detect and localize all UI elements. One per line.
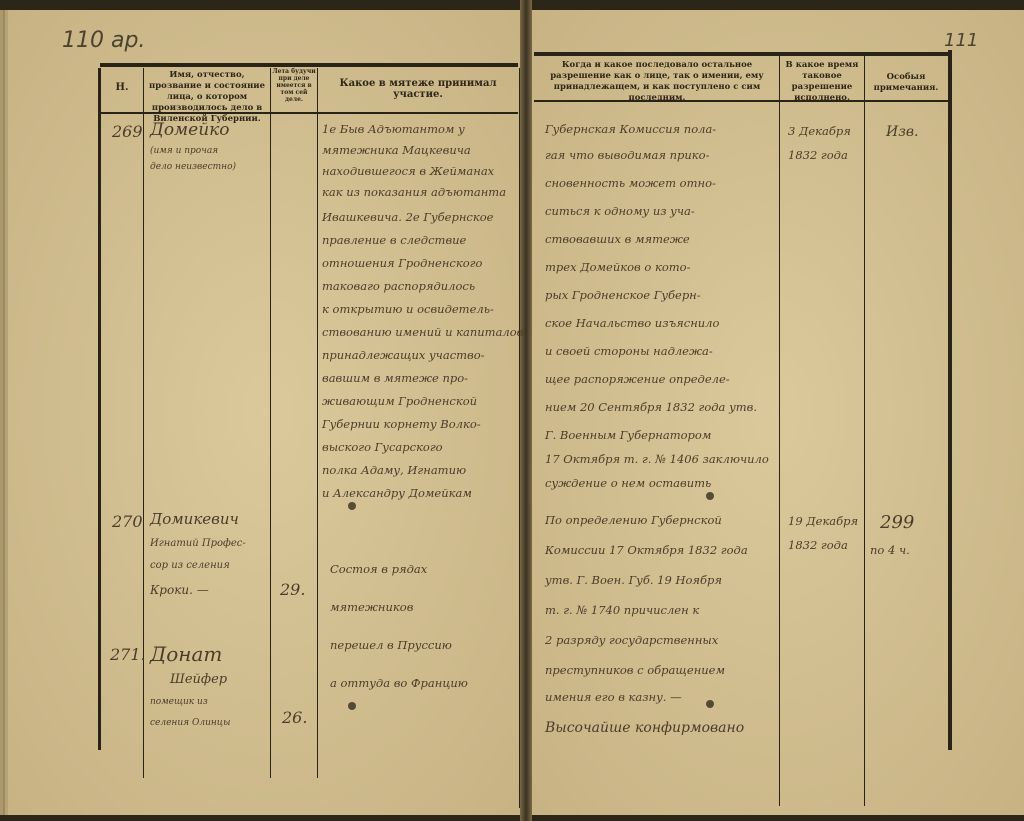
header-resolution: Когда и какое последовало остальное разр…	[536, 60, 778, 104]
resolution-line: щее распоряжение определе-	[545, 372, 730, 386]
table-top-rule-right	[534, 52, 950, 56]
header-years: Лета будучи при деле имеется в том сей д…	[272, 68, 316, 103]
table-right-border	[948, 50, 952, 750]
resolution-line: и своей стороны надлежа-	[545, 344, 713, 358]
book-gutter	[520, 0, 532, 821]
resolution-line: 17 Октября т. г. № 1406 заключило	[545, 452, 769, 466]
entry-number: 271.	[110, 645, 146, 664]
resolution-line: преступников с обращением	[545, 663, 725, 677]
resolution-line: утв. Г. Воен. Губ. 19 Ноября	[545, 573, 722, 587]
binding-hole	[706, 492, 714, 500]
entry-name: Донат	[150, 642, 222, 666]
entry-name-detail: дело неизвестно)	[150, 162, 236, 172]
participation-line: ствованию имений и капиталов	[322, 325, 523, 339]
resolution-line: 2 разряду государственных	[545, 633, 718, 647]
entry-name: Домейко	[150, 120, 230, 140]
resolution-line: имения его в казну. —	[545, 690, 682, 704]
entry-name-detail: помещик из	[150, 697, 208, 707]
participation-line: правление в следствие	[322, 233, 466, 247]
participation-line: вавшим в мятеже про-	[322, 371, 468, 385]
executed-date: 1832 года	[788, 148, 848, 162]
binding-hole	[348, 702, 356, 710]
header-notes: Особыя примечания.	[866, 72, 946, 94]
resolution-line: Губернская Комиссия пола-	[545, 122, 716, 136]
folio-number-right: 111	[944, 30, 978, 51]
binding-hole	[348, 502, 356, 510]
resolution-line: нием 20 Сентября 1832 года утв.	[545, 400, 757, 414]
entry-number: 269	[112, 122, 143, 141]
col-divider-resolution	[779, 56, 780, 806]
entry-age: 26.	[282, 708, 307, 727]
entry-name-detail: селения Олинцы	[150, 718, 230, 728]
resolution-line: ское Начальство изъяснило	[545, 316, 719, 330]
executed-date: 19 Декабря	[788, 514, 858, 528]
participation-line: полка Адаму, Игнатию	[322, 463, 466, 477]
participation-line: мятежников	[330, 600, 413, 614]
header-participation: Какое в мятеже принимал участие.	[320, 78, 516, 100]
resolution-line: рых Гродненское Губерн-	[545, 288, 701, 302]
col-divider-number	[143, 68, 144, 778]
participation-line: Ивашкевича. 2е Губернское	[322, 210, 493, 224]
note-text: Изв.	[886, 124, 918, 140]
entry-name-detail: Кроки. —	[150, 583, 209, 597]
header-executed: В какое время таковое разрешение исполне…	[781, 60, 863, 104]
participation-line: а оттуда во Францию	[330, 676, 468, 690]
col-divider-years	[317, 68, 318, 778]
participation-line: и Александру Домейкам	[322, 486, 472, 500]
resolution-line: ствовавших в мятеже	[545, 232, 690, 246]
note-text: 299	[880, 512, 914, 533]
participation-line: к открытию и освидетель-	[322, 302, 494, 316]
entry-name: Домикевич	[150, 510, 239, 528]
participation-line: перешел в Пруссию	[330, 638, 452, 652]
resolution-line: Г. Военным Губернатором	[545, 428, 711, 442]
entry-number: 270	[112, 512, 143, 531]
executed-date: 1832 года	[788, 538, 848, 552]
resolution-line: Комиссии 17 Октября 1832 года	[545, 543, 748, 557]
participation-line: 1е Быв Адъютантом у	[322, 122, 465, 136]
col-divider-name	[270, 68, 271, 778]
participation-line: отношения Гродненского	[322, 256, 482, 270]
resolution-line: трех Домейков о кото-	[545, 260, 690, 274]
entry-name-detail: Игнатий Профес-	[150, 538, 246, 549]
participation-line: находившегося в Жейманах	[322, 164, 494, 178]
participation-line: мятежника Мацкевича	[322, 143, 471, 157]
participation-line: выского Гусарского	[322, 440, 443, 454]
participation-line: Губернии корнету Волко-	[322, 417, 481, 431]
header-name: Имя, отчество, прозвание и состояние лиц…	[146, 70, 268, 125]
participation-line: как из показания адъютанта	[322, 185, 506, 199]
participation-line: принадлежащих участво-	[322, 348, 485, 362]
participation-line: живающим Гродненской	[322, 394, 477, 408]
binding-hole	[706, 700, 714, 708]
resolution-line: По определению Губернской	[545, 513, 722, 527]
col-divider-participation	[519, 68, 520, 808]
note-text: по 4 ч.	[870, 543, 910, 557]
col-divider-executed	[864, 56, 865, 806]
entry-age: 29.	[280, 580, 305, 599]
resolution-line: гая что выводимая прико-	[545, 148, 709, 162]
folio-number-left: 110 ap.	[62, 28, 145, 53]
resolution-line: сновенность может отно-	[545, 176, 716, 190]
header-number: Н.	[104, 82, 140, 93]
executed-date: 3 Декабря	[788, 124, 851, 138]
entry-name-detail: Шейфер	[170, 672, 227, 687]
participation-line: таковаго распорядилось	[322, 279, 475, 293]
table-left-border	[98, 68, 101, 750]
resolution-line: т. г. № 1740 причислен к	[545, 603, 699, 617]
table-top-rule-left	[100, 63, 518, 67]
resolution-line: суждение о нем оставить	[545, 476, 711, 490]
participation-line: Состоя в рядах	[330, 562, 427, 576]
entry-name-detail: сор из селения	[150, 560, 230, 571]
entry-name-detail: (имя и прочая	[150, 146, 218, 156]
resolution-line: ситься к одному из уча-	[545, 204, 695, 218]
resolution-line: Высочайше конфирмовано	[545, 720, 744, 736]
